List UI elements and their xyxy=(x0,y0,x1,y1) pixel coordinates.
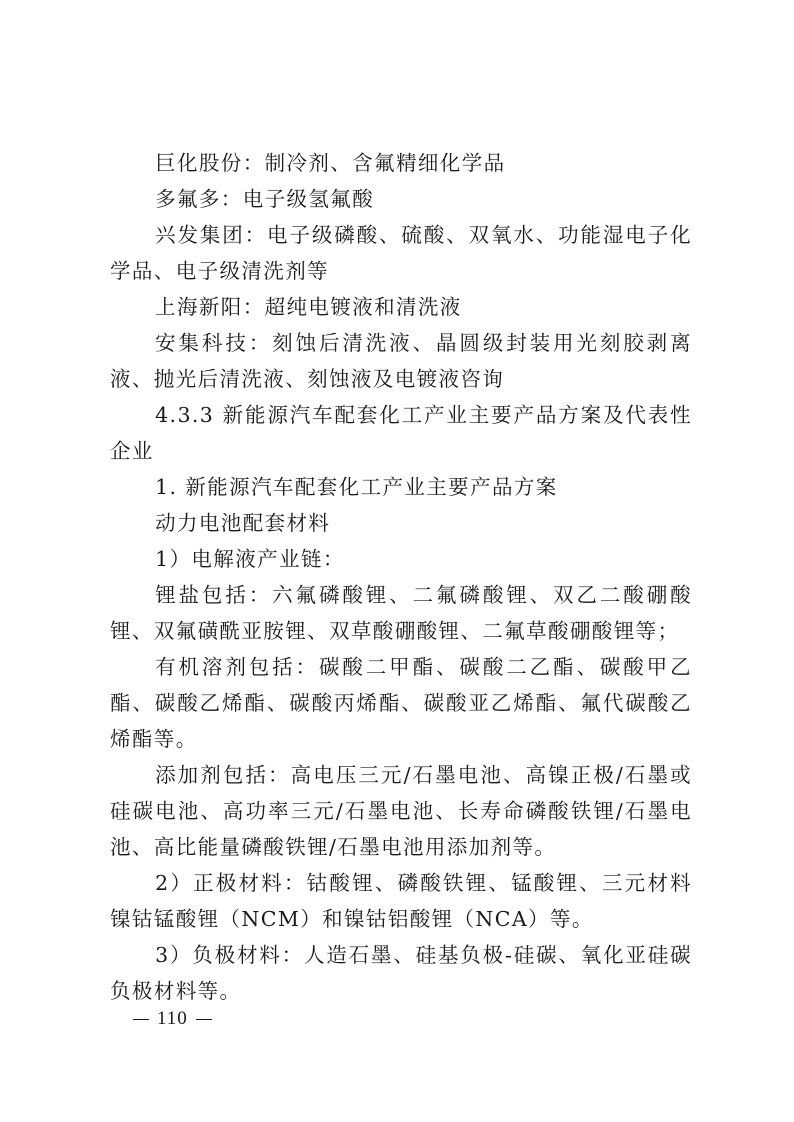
document-body: 巨化股份：制冷剂、含氟精细化学品 多氟多：电子级氢氟酸 兴发集团：电子级磷酸、硫… xyxy=(110,145,692,1009)
paragraph-shanghai-xinyang: 上海新阳：超纯电镀液和清洗液 xyxy=(110,289,692,325)
paragraph-xingfa: 兴发集团：电子级磷酸、硫酸、双氧水、功能湿电子化学品、电子级清洗剂等 xyxy=(110,217,692,289)
subheading-electrolyte-chain: 1）电解液产业链： xyxy=(110,541,692,577)
section-heading-4-3-3: 4.3.3 新能源汽车配套化工产业主要产品方案及代表性企业 xyxy=(110,397,692,469)
page-number: 110 xyxy=(125,1008,220,1030)
paragraph-duofuduo: 多氟多：电子级氢氟酸 xyxy=(110,181,692,217)
page-number-value: 110 xyxy=(157,1008,188,1029)
subheading-battery-materials: 动力电池配套材料 xyxy=(110,505,692,541)
paragraph-lithium-salts: 锂盐包括：六氟磷酸锂、二氟磷酸锂、双乙二酸硼酸锂、双氟磺酰亚胺锂、双草酸硼酸锂、… xyxy=(110,577,692,649)
paragraph-juhua: 巨化股份：制冷剂、含氟精细化学品 xyxy=(110,145,692,181)
paragraph-organic-solvents: 有机溶剂包括：碳酸二甲酯、碳酸二乙酯、碳酸甲乙酯、碳酸乙烯酯、碳酸丙烯酯、碳酸亚… xyxy=(110,649,692,757)
dash-right xyxy=(196,1019,212,1020)
dash-left xyxy=(133,1019,149,1020)
paragraph-additives: 添加剂包括：高电压三元/石墨电池、高镍正极/石墨或硅碳电池、高功率三元/石墨电池… xyxy=(110,757,692,865)
paragraph-anji: 安集科技：刻蚀后清洗液、晶圆级封装用光刻胶剥离液、抛光后清洗液、刻蚀液及电镀液咨… xyxy=(110,325,692,397)
subsection-heading-1: 1. 新能源汽车配套化工产业主要产品方案 xyxy=(110,469,692,505)
paragraph-anode-materials: 3）负极材料：人造石墨、硅基负极-硅碳、氧化亚硅碳负极材料等。 xyxy=(110,937,692,1009)
paragraph-cathode-materials: 2）正极材料：钴酸锂、磷酸铁锂、锰酸锂、三元材料镍钴锰酸锂（NCM）和镍钴铝酸锂… xyxy=(110,865,692,937)
